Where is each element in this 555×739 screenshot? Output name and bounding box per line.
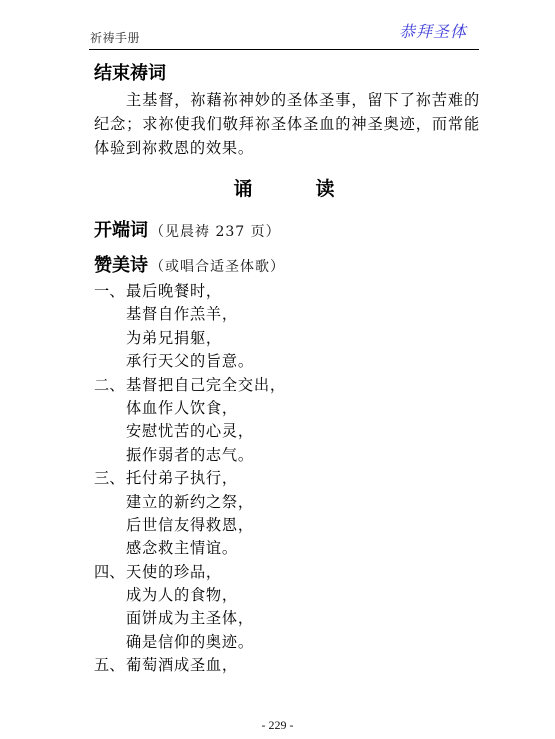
verse-line: 承行天父的旨意。	[94, 350, 480, 373]
stanza-number: 四、	[94, 561, 126, 584]
page-number: - 229 -	[0, 718, 555, 732]
closing-prayer-heading: 结束祷词	[94, 62, 480, 86]
running-header-book-title: 祈祷手册	[90, 31, 140, 45]
verse-line: 建立的新约之祭，	[94, 491, 480, 514]
verse-line: 五、葡萄酒成圣血，	[94, 654, 480, 677]
verse-line: 二、基督把自己完全交出，	[94, 374, 480, 397]
verse-line: 面饼成为主圣体，	[94, 607, 480, 630]
verse-line: 基督自作羔羊，	[94, 303, 480, 326]
stanza-number: 五、	[94, 654, 126, 677]
opening-verse-note: （见晨祷 237 页）	[150, 224, 281, 240]
running-header-section-title: 恭拜圣体	[399, 23, 467, 41]
closing-prayer-text: 主基督，祢藉祢神妙的圣体圣事，留下了祢苦难的纪念；求祢使我们敬拜祢圣体圣血的神圣…	[94, 88, 480, 160]
verse-line: 振作弱者的志气。	[94, 444, 480, 467]
verse-text: 基督把自己完全交出，	[126, 376, 286, 394]
verse-line: 为弟兄捐躯，	[94, 327, 480, 350]
recitation-title: 诵 读	[94, 177, 480, 201]
header-divider	[89, 49, 479, 50]
verse-line: 成为人的食物，	[94, 584, 480, 607]
verse-line: 四、天使的珍品，	[94, 561, 480, 584]
verse-line: 后世信友得救恩，	[94, 514, 480, 537]
page-content: 结束祷词 主基督，祢藉祢神妙的圣体圣事，留下了祢苦难的纪念；求祢使我们敬拜祢圣体…	[94, 62, 480, 160]
hymn-title: 赞美诗	[94, 255, 148, 276]
verse-line: 确是信仰的奥迹。	[94, 631, 480, 654]
hymn-note: （或唱合适圣体歌）	[150, 259, 285, 275]
verse-line: 安慰忧苦的心灵，	[94, 420, 480, 443]
verse-line: 体血作人饮食，	[94, 397, 480, 420]
verse-line: 感念救主情谊。	[94, 537, 480, 560]
verse-text: 天使的珍品，	[126, 563, 222, 581]
stanza-number: 二、	[94, 374, 126, 397]
hymn-verses: 一、最后晚餐时， 基督自作羔羊， 为弟兄捐躯， 承行天父的旨意。 二、基督把自己…	[94, 280, 480, 678]
verse-text: 最后晚餐时，	[126, 282, 222, 300]
hymn-heading: 赞美诗（或唱合适圣体歌）	[94, 254, 285, 279]
verse-line: 一、最后晚餐时，	[94, 280, 480, 303]
document-page: 祈祷手册 恭拜圣体 结束祷词 主基督，祢藉祢神妙的圣体圣事，留下了祢苦难的纪念；…	[0, 0, 555, 739]
opening-verse-heading: 开端词（见晨祷 237 页）	[94, 219, 281, 244]
stanza-number: 三、	[94, 467, 126, 490]
verse-text: 葡萄酒成圣血，	[126, 656, 238, 674]
verse-text: 托付弟子执行，	[126, 469, 238, 487]
verse-line: 三、托付弟子执行，	[94, 467, 480, 490]
stanza-number: 一、	[94, 280, 126, 303]
opening-verse-title: 开端词	[94, 220, 148, 241]
